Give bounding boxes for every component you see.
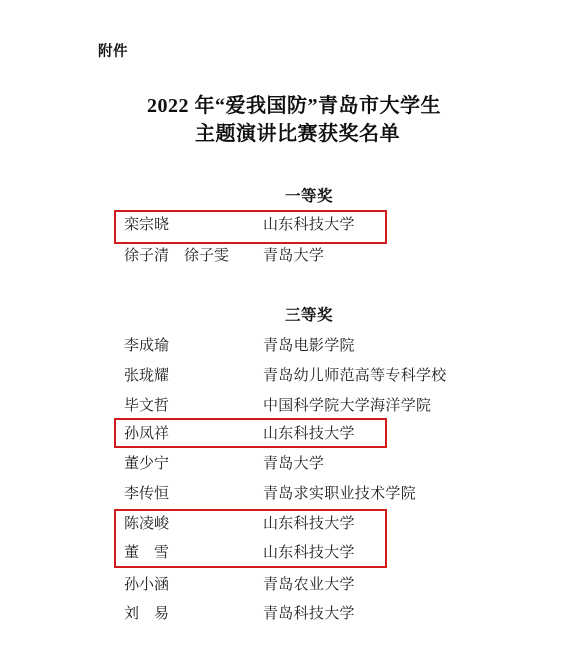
winner-school: 青岛农业大学: [263, 577, 355, 593]
winner-school: 山东科技大学: [263, 217, 355, 233]
table-row: 董少宁 青岛大学: [0, 456, 587, 472]
winner-name: 董 雪: [124, 545, 169, 561]
winner-school: 山东科技大学: [263, 545, 355, 561]
winner-name: 陈凌峻: [124, 516, 169, 532]
winner-name: 毕文哲: [124, 398, 169, 414]
winner-name: 徐子清 徐子雯: [124, 248, 229, 264]
attachment-label: 附件: [98, 45, 128, 60]
section-heading-first-prize: 一等奖: [285, 189, 333, 205]
table-row: 毕文哲 中国科学院大学海洋学院: [0, 398, 587, 414]
document-title-line2: 主题演讲比赛获奖名单: [195, 124, 400, 145]
table-row: 董 雪 山东科技大学: [0, 545, 587, 561]
winner-school: 青岛大学: [263, 248, 324, 264]
winner-school: 青岛科技大学: [263, 606, 355, 622]
winner-school: 中国科学院大学海洋学院: [263, 398, 431, 414]
winner-school: 青岛幼儿师范高等专科学校: [263, 368, 447, 384]
winner-school: 青岛求实职业技术学院: [263, 486, 416, 502]
section-heading-third-prize: 三等奖: [285, 308, 333, 324]
winner-name: 李传恒: [124, 486, 169, 502]
winner-name: 李成瑜: [124, 338, 169, 354]
table-row: 李成瑜 青岛电影学院: [0, 338, 587, 354]
winner-name: 刘 易: [124, 606, 169, 622]
table-row: 孙凤祥 山东科技大学: [0, 426, 587, 442]
table-row: 徐子清 徐子雯 青岛大学: [0, 248, 587, 264]
table-row: 栾宗晓 山东科技大学: [0, 217, 587, 233]
winner-school: 山东科技大学: [263, 426, 355, 442]
table-row: 孙小涵 青岛农业大学: [0, 577, 587, 593]
winner-name: 栾宗晓: [124, 217, 169, 233]
winner-school: 山东科技大学: [263, 516, 355, 532]
winner-name: 张珑耀: [124, 368, 169, 384]
table-row: 刘 易 青岛科技大学: [0, 606, 587, 622]
winner-name: 董少宁: [124, 456, 169, 472]
document-page: 附件 2022 年“爱我国防”青岛市大学生 主题演讲比赛获奖名单 一等奖 栾宗晓…: [0, 0, 587, 658]
table-row: 李传恒 青岛求实职业技术学院: [0, 486, 587, 502]
table-row: 张珑耀 青岛幼儿师范高等专科学校: [0, 368, 587, 384]
table-row: 陈凌峻 山东科技大学: [0, 516, 587, 532]
winner-school: 青岛电影学院: [263, 338, 355, 354]
winner-school: 青岛大学: [263, 456, 324, 472]
winner-name: 孙凤祥: [124, 426, 169, 442]
winner-name: 孙小涵: [124, 577, 169, 593]
document-title-line1: 2022 年“爱我国防”青岛市大学生: [147, 96, 441, 117]
